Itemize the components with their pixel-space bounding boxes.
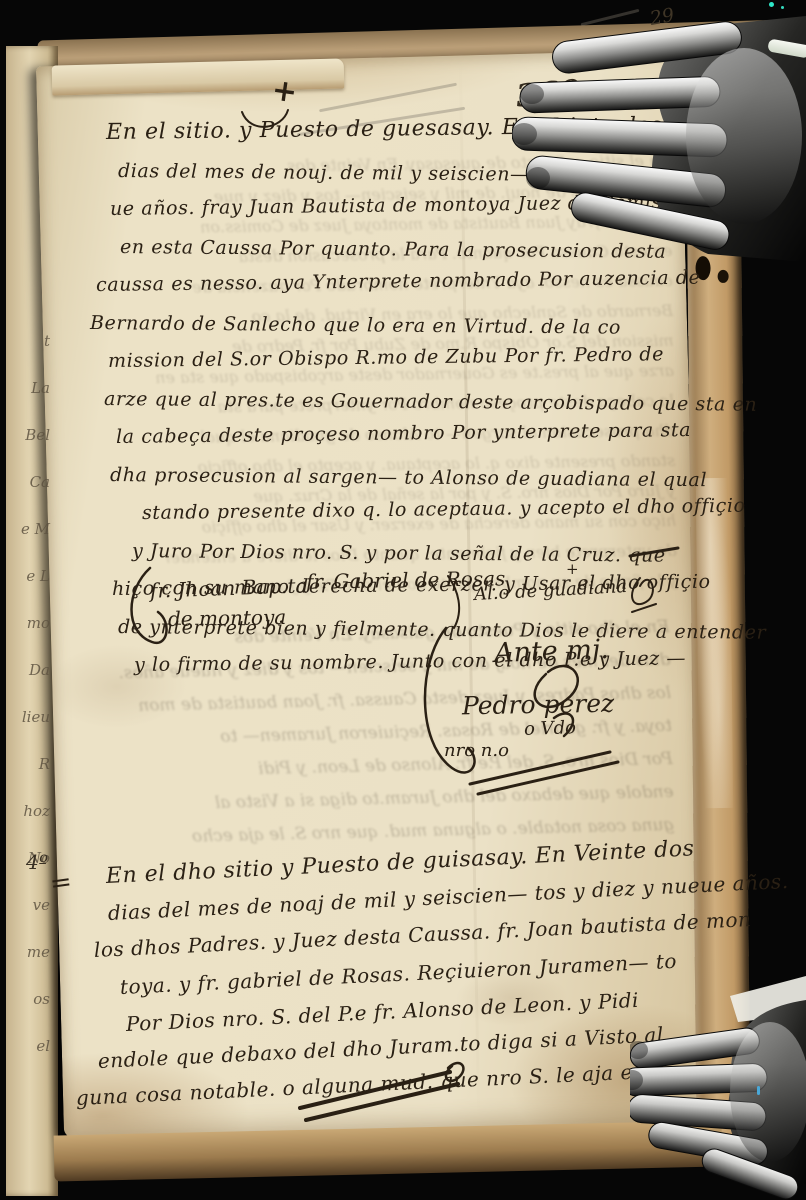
manuscript-scan: En el sitio. y Puesto de guesasay. En Ve… <box>0 0 806 1200</box>
notary-title: nro n.o <box>444 740 509 761</box>
signature-de-montoya: de montoya <box>168 605 287 631</box>
fragment: e L <box>8 553 54 600</box>
signature-pedro-perez: Pedro perez <box>462 689 615 721</box>
margin-equals-mark: = <box>48 867 74 900</box>
fragment: t <box>8 318 54 365</box>
fragment: La <box>8 365 54 412</box>
manuscript-line: la cabeça deste proçeso nombro Por ynter… <box>116 410 736 456</box>
fragment: el <box>8 1023 54 1070</box>
fragment: R <box>8 741 54 788</box>
manuscript-line: stando presente dixo q. lo aceptaua. y a… <box>142 487 736 532</box>
margin-item-number: 4º <box>26 850 48 874</box>
manuscript-line: mission del S.or Obispo R.mo de Zubu Por… <box>108 334 736 380</box>
fragment: Da <box>8 647 54 694</box>
notary-mark: o Vdo <box>524 717 577 740</box>
calibration-speck <box>757 1086 760 1095</box>
page-holder-hand-bottom <box>630 972 806 1200</box>
page-holder-hand-top <box>512 10 806 276</box>
fragment: Bel <box>8 412 54 459</box>
previous-page-text-fragments: tLaBelCae Me LmoDalieuRhozNovemeosel <box>8 318 54 1070</box>
fragment: me <box>8 929 54 976</box>
pencil-smudge <box>319 83 457 113</box>
manuscript-line: y lo firmo de su nombre. Junto con el dh… <box>134 639 736 684</box>
fragment: mo <box>8 600 54 647</box>
fragment: hoz <box>8 788 54 835</box>
fragment: e M <box>8 506 54 553</box>
signature-cross: + <box>566 560 579 578</box>
attestation-ante-mi: Ante mj. <box>493 634 609 669</box>
fragment: Ca <box>8 459 54 506</box>
fragment: lieu <box>8 694 54 741</box>
calibration-speck <box>769 2 774 7</box>
invocation-cross: + <box>270 72 300 110</box>
fragment: ve <box>8 882 54 929</box>
calibration-speck <box>781 6 784 9</box>
fragment: os <box>8 976 54 1023</box>
